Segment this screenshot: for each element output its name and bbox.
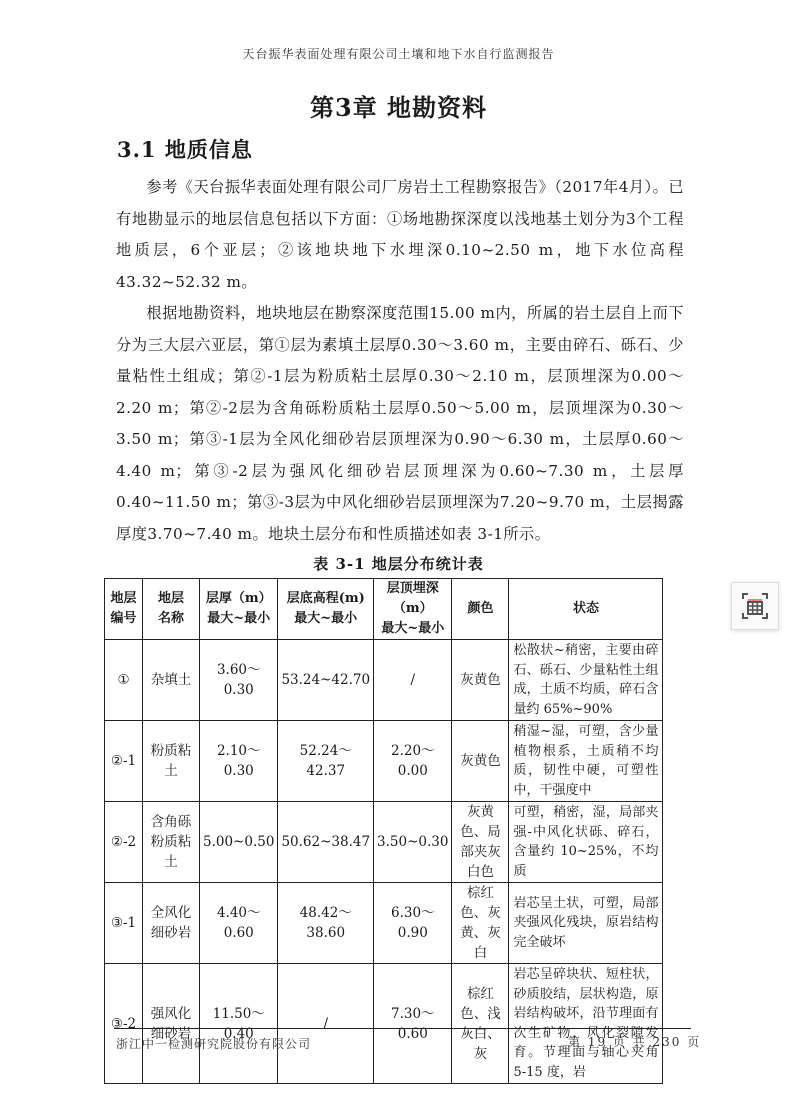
- cell-id: ②-1: [105, 721, 143, 802]
- header-layer-name: 地层 名称: [143, 579, 200, 640]
- cell-color: 棕红色、灰黄、灰白: [452, 883, 509, 964]
- cell-bottom-elevation: 48.42～38.60: [278, 883, 374, 964]
- cell-name: 粉质粘土: [143, 721, 200, 802]
- cell-state: 可塑，稍密，湿，局部夹强-中风化状砾、碎石，含量约 10~25%，不均质: [509, 802, 663, 883]
- cell-id: ①: [105, 640, 143, 721]
- cell-bottom-elevation: /: [278, 964, 374, 1084]
- paragraph-reference: 参考《天台振华表面处理有限公司厂房岩土工程勘察报告》（2017年4月）。已有地勘…: [116, 172, 684, 298]
- cell-state: 稍湿~湿，可塑，含少量植物根系，土质稍不均质，韧性中硬，可塑性中，干强度中: [509, 721, 663, 802]
- cell-thickness: 2.10～0.30: [200, 721, 278, 802]
- table-row: ②-1 粉质粘土 2.10～0.30 52.24～42.37 2.20～0.00…: [105, 721, 663, 802]
- cell-state: 松散状~稍密，主要由碎石、砾石、少量粘性土组成，土质不均质，碎石含量约 65%~…: [509, 640, 663, 721]
- cell-top-depth: 7.30～0.60: [374, 964, 452, 1084]
- footer-divider: [114, 1028, 691, 1029]
- cell-name: 全风化细砂岩: [143, 883, 200, 964]
- header-layer-id: 地层 编号: [105, 579, 143, 640]
- table-extract-button[interactable]: [731, 582, 779, 630]
- cell-name: 强风化细砂岩: [143, 964, 200, 1084]
- header-color: 颜色: [452, 579, 509, 640]
- cell-thickness: 11.50～0.40: [200, 964, 278, 1084]
- cell-color: 灰黄色、局部夹灰白色: [452, 802, 509, 883]
- table-row: ③-1 全风化细砂岩 4.40～0.60 48.42～38.60 6.30～0.…: [105, 883, 663, 964]
- cell-bottom-elevation: 52.24～42.37: [278, 721, 374, 802]
- cell-id: ③-1: [105, 883, 143, 964]
- cell-color: 灰黄色: [452, 640, 509, 721]
- cell-bottom-elevation: 53.24~42.70: [278, 640, 374, 721]
- cell-bottom-elevation: 50.62~38.47: [278, 802, 374, 883]
- table-caption: 表 3-1 地层分布统计表: [0, 553, 797, 574]
- cell-id: ③-2: [105, 964, 143, 1084]
- table-extract-icon: [740, 591, 770, 621]
- footer-page-number: 第 19 页 共 230 页: [568, 1033, 701, 1050]
- cell-color: 棕红色、浅灰白、灰: [452, 964, 509, 1084]
- chapter-title: 第3章 地勘资料: [0, 88, 797, 123]
- cell-thickness: 3.60～0.30: [200, 640, 278, 721]
- paragraph-text: 根据地勘资料，地块地层在勘察深度范围15.00 m内，所属的岩土层自上而下分为三…: [116, 298, 684, 550]
- cell-top-depth: 6.30～0.90: [374, 883, 452, 964]
- cell-top-depth: 2.20～0.00: [374, 721, 452, 802]
- running-header: 天台振华表面处理有限公司土壤和地下水自行监测报告: [0, 45, 797, 62]
- table-header-row: 地层 编号 地层 名称 层厚（m） 最大~最小 层底高程(m) 最大~最小 层顶…: [105, 579, 663, 640]
- cell-color: 灰黄色: [452, 721, 509, 802]
- cell-thickness: 5.00~0.50: [200, 802, 278, 883]
- cell-state: 岩芯呈土状，可塑，局部夹强风化残块，原岩结构完全破坏: [509, 883, 663, 964]
- cell-state: 岩芯呈碎块状、短柱状，砂质胶结，层状构造，原岩结构破坏，沿节理面有次生矿物，风化…: [509, 964, 663, 1084]
- footer-organization: 浙江中一检测研究院股份有限公司: [116, 1035, 311, 1052]
- paragraph-text: 参考《天台振华表面处理有限公司厂房岩土工程勘察报告》（2017年4月）。已有地勘…: [116, 172, 684, 298]
- cell-id: ②-2: [105, 802, 143, 883]
- paragraph-strata: 根据地勘资料，地块地层在勘察深度范围15.00 m内，所属的岩土层自上而下分为三…: [116, 298, 684, 550]
- cell-top-depth: /: [374, 640, 452, 721]
- header-top-depth: 层顶埋深 （m） 最大~最小: [374, 579, 452, 640]
- table-row: ① 杂填土 3.60～0.30 53.24~42.70 / 灰黄色 松散状~稍密…: [105, 640, 663, 721]
- strata-table: 地层 编号 地层 名称 层厚（m） 最大~最小 层底高程(m) 最大~最小 层顶…: [104, 578, 663, 1084]
- table-row: ②-2 含角砾粉质粘土 5.00~0.50 50.62~38.47 3.50~0…: [105, 802, 663, 883]
- section-title: 3.1 地质信息: [117, 134, 253, 164]
- cell-thickness: 4.40～0.60: [200, 883, 278, 964]
- header-thickness: 层厚（m） 最大~最小: [200, 579, 278, 640]
- header-bottom-elevation: 层底高程(m) 最大~最小: [278, 579, 374, 640]
- cell-top-depth: 3.50~0.30: [374, 802, 452, 883]
- cell-name: 含角砾粉质粘土: [143, 802, 200, 883]
- table-row: ③-2 强风化细砂岩 11.50～0.40 / 7.30～0.60 棕红色、浅灰…: [105, 964, 663, 1084]
- header-state: 状态: [509, 579, 663, 640]
- cell-name: 杂填土: [143, 640, 200, 721]
